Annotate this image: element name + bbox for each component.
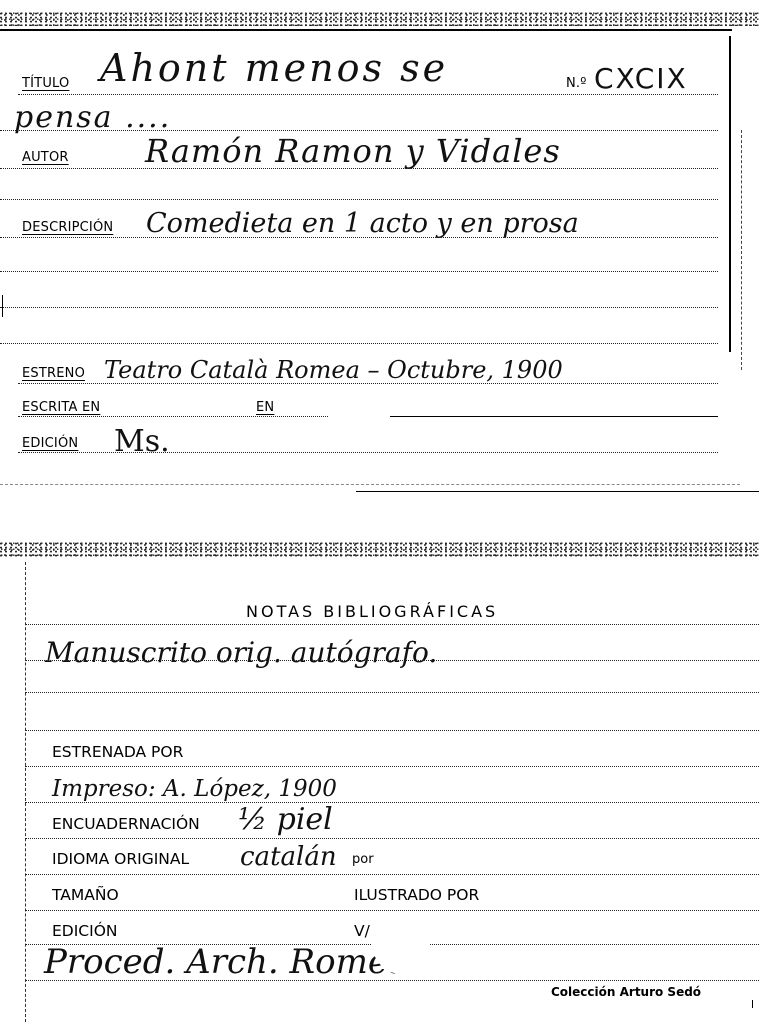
numero-value: CXCIX	[594, 62, 688, 95]
procedencia-value: Proced. Arch. Romea	[44, 942, 408, 982]
edge-tick	[752, 1000, 753, 1008]
idioma-line	[25, 874, 759, 875]
card-edge-mark	[741, 130, 742, 370]
card-top-border-right	[729, 36, 731, 352]
descripcion-line	[0, 237, 718, 238]
section-title: NOTAS BIBLIOGRÁFICAS	[246, 602, 498, 621]
titulo-line	[18, 94, 718, 95]
autor-label: AUTOR	[22, 150, 69, 165]
va-label: V/	[354, 922, 370, 940]
impreso-line	[25, 802, 759, 803]
notas-value: Manuscrito orig. autógrafo.	[45, 636, 437, 669]
scan-noise-middle	[0, 542, 759, 558]
edicion-line	[18, 452, 718, 453]
numero-label: N.º	[566, 76, 587, 91]
margin-mark	[2, 295, 3, 317]
scan-noise-top	[0, 12, 759, 26]
edicion-value: Ms.	[114, 424, 170, 459]
idioma-original-label: IDIOMA ORIGINAL	[52, 850, 189, 868]
blank-line-2	[0, 307, 718, 308]
edicion-label: EDICIÓN	[22, 436, 78, 451]
autor-value: Ramón Ramon y Vidales	[145, 132, 561, 170]
scan-blot	[372, 912, 430, 974]
card-bottom-border-left	[25, 562, 26, 1022]
tamano-line	[25, 910, 759, 911]
idioma-por-label: por	[352, 852, 374, 867]
idioma-original-value: catalán	[240, 842, 337, 872]
autor-line	[0, 168, 718, 169]
notas-line-2	[25, 660, 759, 661]
blank-line-3	[0, 343, 718, 344]
impreso-value: Impreso: A. López, 1900	[52, 776, 337, 802]
escrita-en-label: ESCRITA EN	[22, 400, 100, 415]
notas-line-1	[25, 624, 759, 625]
en-label: EN	[256, 400, 274, 415]
card-top-bottom-edge	[0, 484, 740, 485]
procedencia-line	[25, 980, 759, 981]
blank-line-1	[0, 271, 718, 272]
titulo-line-2	[0, 130, 718, 131]
card-top-bottom-rule	[356, 491, 759, 492]
titulo-label: TÍTULO	[22, 76, 69, 91]
ilustrado-por-label: ILUSTRADO POR	[354, 886, 479, 904]
descripcion-label: DESCRIPCIÓN	[22, 220, 113, 235]
edicion-bottom-label: EDICIÓN	[52, 922, 118, 940]
en-line	[390, 416, 718, 417]
escrita-en-line	[18, 416, 328, 417]
estreno-line	[18, 383, 718, 384]
encuadernacion-line	[25, 838, 759, 839]
collection-footer: Colección Arturo Sedó	[551, 985, 701, 999]
separator-line	[0, 199, 718, 200]
encuadernacion-value: ½ piel	[238, 802, 333, 837]
notas-line-4	[25, 730, 759, 731]
tamano-label: TAMAÑO	[52, 886, 119, 904]
card-top-border-top	[0, 29, 732, 31]
estreno-label: ESTRENO	[22, 366, 85, 381]
descripcion-value: Comedieta en 1 acto y en prosa	[146, 208, 579, 239]
notas-line-3	[25, 692, 759, 693]
estreno-value: Teatro Català Romea – Octubre, 1900	[104, 356, 563, 384]
encuadernacion-label: ENCUADERNACIÓN	[52, 815, 200, 833]
estrenada-por-label: ESTRENADA POR	[52, 743, 183, 761]
titulo-value: Ahont menos se	[100, 46, 448, 90]
estrenada-por-line	[25, 766, 759, 767]
